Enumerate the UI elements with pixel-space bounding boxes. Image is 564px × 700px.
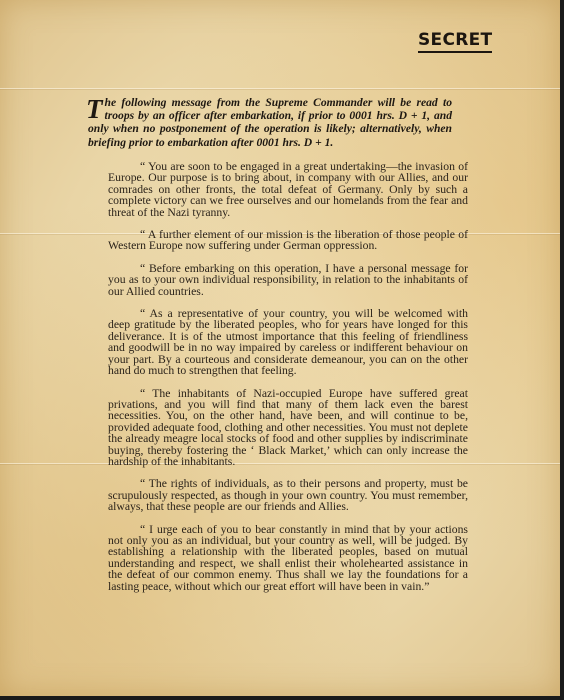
- message-paragraph: “ You are soon to be engaged in a great …: [108, 161, 468, 218]
- preamble-text: he following message from the Supreme Co…: [88, 96, 452, 149]
- message-paragraph: “ The rights of individuals, as to their…: [108, 478, 468, 512]
- message-body: “ You are soon to be engaged in a great …: [108, 161, 468, 603]
- message-paragraph: “ A further element of our mission is th…: [108, 229, 468, 252]
- paper-fold-line: [0, 88, 560, 89]
- drop-cap: T: [86, 98, 103, 120]
- message-paragraph: “ As a representative of your country, y…: [108, 308, 468, 376]
- document-page: SECRET The following message from the Su…: [0, 0, 560, 696]
- message-paragraph: “ I urge each of you to bear constantly …: [108, 524, 468, 592]
- message-paragraph: “ The inhabitants of Nazi-occupied Europ…: [108, 388, 468, 468]
- classification-stamp: SECRET: [418, 30, 492, 53]
- message-paragraph: “ Before embarking on this operation, I …: [108, 263, 468, 297]
- preamble-instruction: The following message from the Supreme C…: [88, 96, 452, 149]
